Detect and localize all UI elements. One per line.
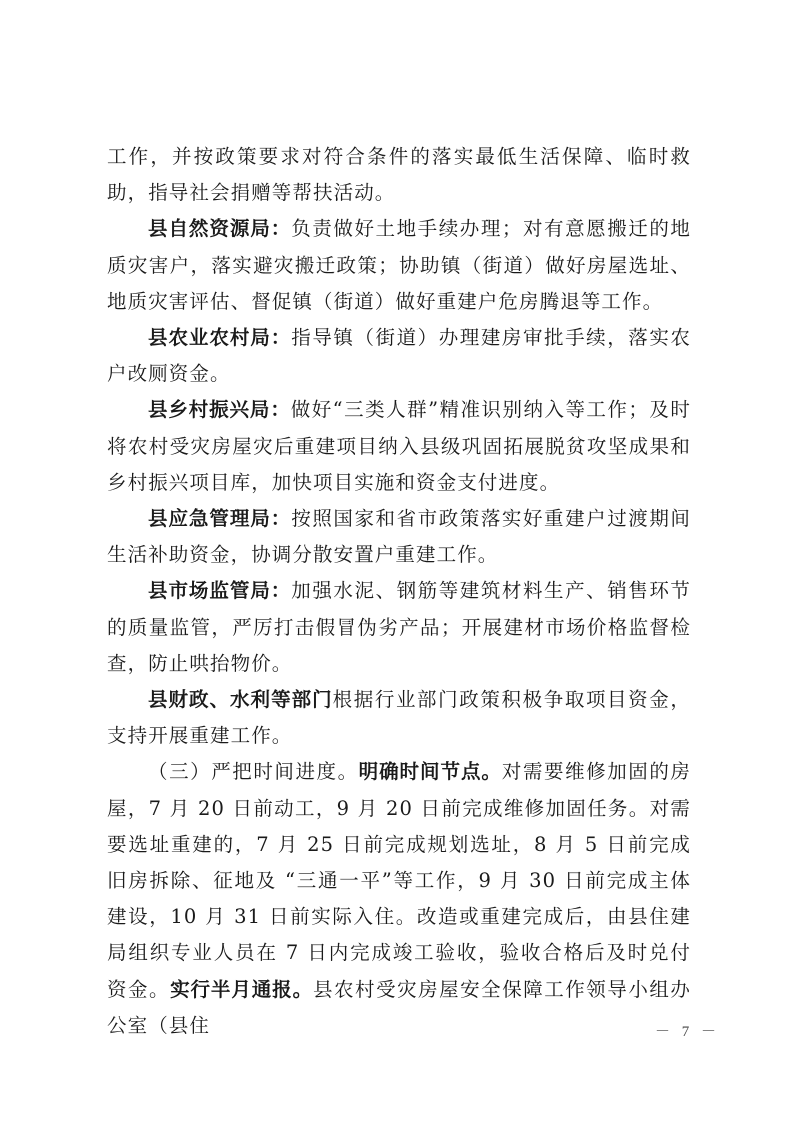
paragraph-natural-resources: 县自然资源局：负责做好土地手续办理；对有意愿搬迁的地质灾害户，落实避灾搬迁政策；…	[107, 211, 691, 320]
paragraph-text: 工作，并按政策要求对符合条件的落实最低生活保障、临时救助，指导社会捐赠等帮扶活动…	[107, 145, 691, 204]
paragraph-emergency: 县应急管理局：按照国家和省市政策落实好重建户过渡期间生活补助资金，协调分散安置户…	[107, 501, 691, 573]
paragraph-text: 对需要维修加固的房屋，7 月 20 日前动工，9 月 20 日前完成维修加固任务…	[107, 760, 691, 1000]
paragraph-continuation: 工作，并按政策要求对符合条件的落实最低生活保障、临时救助，指导社会捐赠等帮扶活动…	[107, 139, 691, 211]
paragraph-section-3: （三）严把时间进度。明确时间节点。对需要维修加固的房屋，7 月 20 日前动工，…	[107, 754, 691, 1044]
subheading-biweekly-report: 实行半月通报。	[170, 978, 313, 1001]
dept-heading: 县财政、水利等部门	[148, 688, 333, 711]
section-heading: （三）严把时间进度。	[148, 760, 359, 783]
dept-heading: 县自然资源局：	[148, 217, 291, 240]
dept-heading: 县乡村振兴局：	[148, 398, 291, 421]
dept-heading: 县市场监管局：	[148, 579, 291, 602]
paragraph-rural-revitalization: 县乡村振兴局：做好“三类人群”精准识别纳入等工作；及时将农村受灾房屋灾后重建项目…	[107, 392, 691, 501]
subheading-time-nodes: 明确时间节点。	[359, 760, 502, 783]
dept-heading: 县农业农村局：	[148, 326, 291, 349]
paragraph-market-supervision: 县市场监管局：加强水泥、钢筋等建筑材料生产、销售环节的质量监管，严厉打击假冒伪劣…	[107, 573, 691, 682]
paragraph-agriculture: 县农业农村局：指导镇（街道）办理建房审批手续，落实农户改厕资金。	[107, 320, 691, 392]
page-number: － 7 －	[655, 1020, 720, 1041]
paragraph-finance: 县财政、水利等部门根据行业部门政策积极争取项目资金，支持开展重建工作。	[107, 682, 691, 754]
document-body: 工作，并按政策要求对符合条件的落实最低生活保障、临时救助，指导社会捐赠等帮扶活动…	[107, 139, 691, 1044]
dept-heading: 县应急管理局：	[148, 507, 291, 530]
